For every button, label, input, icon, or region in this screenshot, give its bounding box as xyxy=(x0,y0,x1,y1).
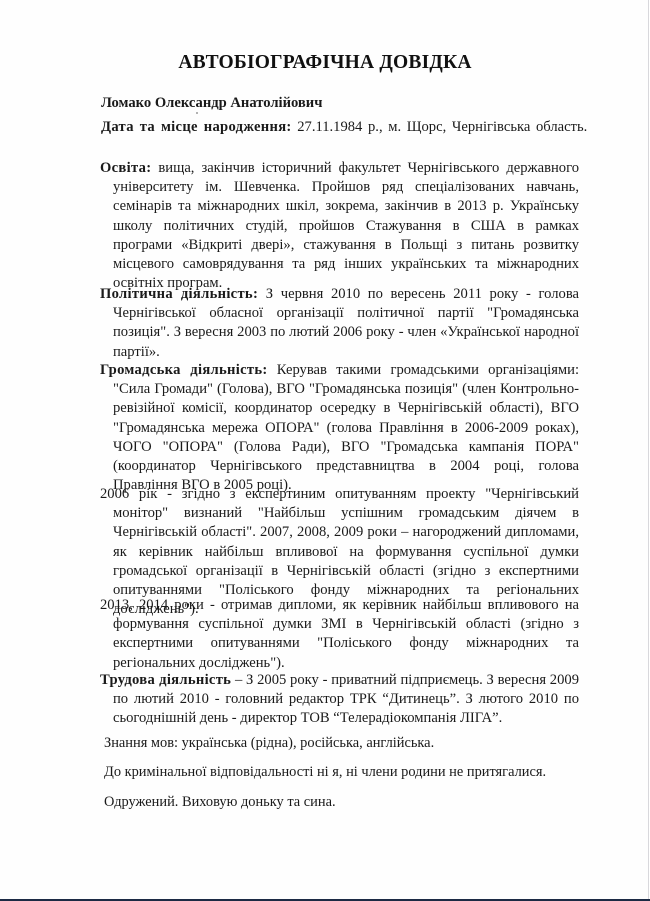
family-status: Одружений. Виховую доньку та сина. xyxy=(104,793,336,812)
section-text: вища, закінчив історичний факультет Черн… xyxy=(113,160,579,291)
section-civic-activity: Громадська діяльність: Керував такими гр… xyxy=(100,361,579,495)
section-political-activity: Політична діяльність: З червня 2010 по в… xyxy=(100,285,579,362)
section-label: Політична діяльність: xyxy=(100,286,258,302)
section-text: 2013, 2014 роки - отримав дипломи, як ке… xyxy=(100,597,579,671)
scan-speck xyxy=(196,112,198,114)
birth-value: 27.11.1984 р., м. Щорс, Чернігівська обл… xyxy=(292,119,588,135)
section-work-activity: Трудова діяльність – З 2005 року - прива… xyxy=(100,671,579,729)
scan-speck xyxy=(321,265,323,267)
person-name: Ломако Олександр Анатолійович xyxy=(101,94,322,113)
birth-label: Дата та місце народження: xyxy=(101,119,292,135)
section-awards-2013: 2013, 2014 роки - отримав дипломи, як ке… xyxy=(100,596,579,673)
section-label: Освіта: xyxy=(100,160,151,176)
section-text: Керував такими громадськими організаціям… xyxy=(113,362,579,493)
section-label: Громадська діяльність: xyxy=(100,362,268,378)
criminal-record: До кримінальної відповідальності ні я, н… xyxy=(104,763,546,782)
section-education: Освіта: вища, закінчив історичний факуль… xyxy=(100,159,579,293)
scanned-page: АВТОБІОГРАФІЧНА ДОВІДКА Ломако Олександр… xyxy=(0,0,649,899)
section-label: Трудова діяльність xyxy=(100,672,231,688)
birth-info: Дата та місце народження: 27.11.1984 р.,… xyxy=(101,118,587,137)
languages: Знання мов: українська (рідна), російськ… xyxy=(104,734,434,753)
document-title: АВТОБІОГРАФІЧНА ДОВІДКА xyxy=(0,52,650,74)
